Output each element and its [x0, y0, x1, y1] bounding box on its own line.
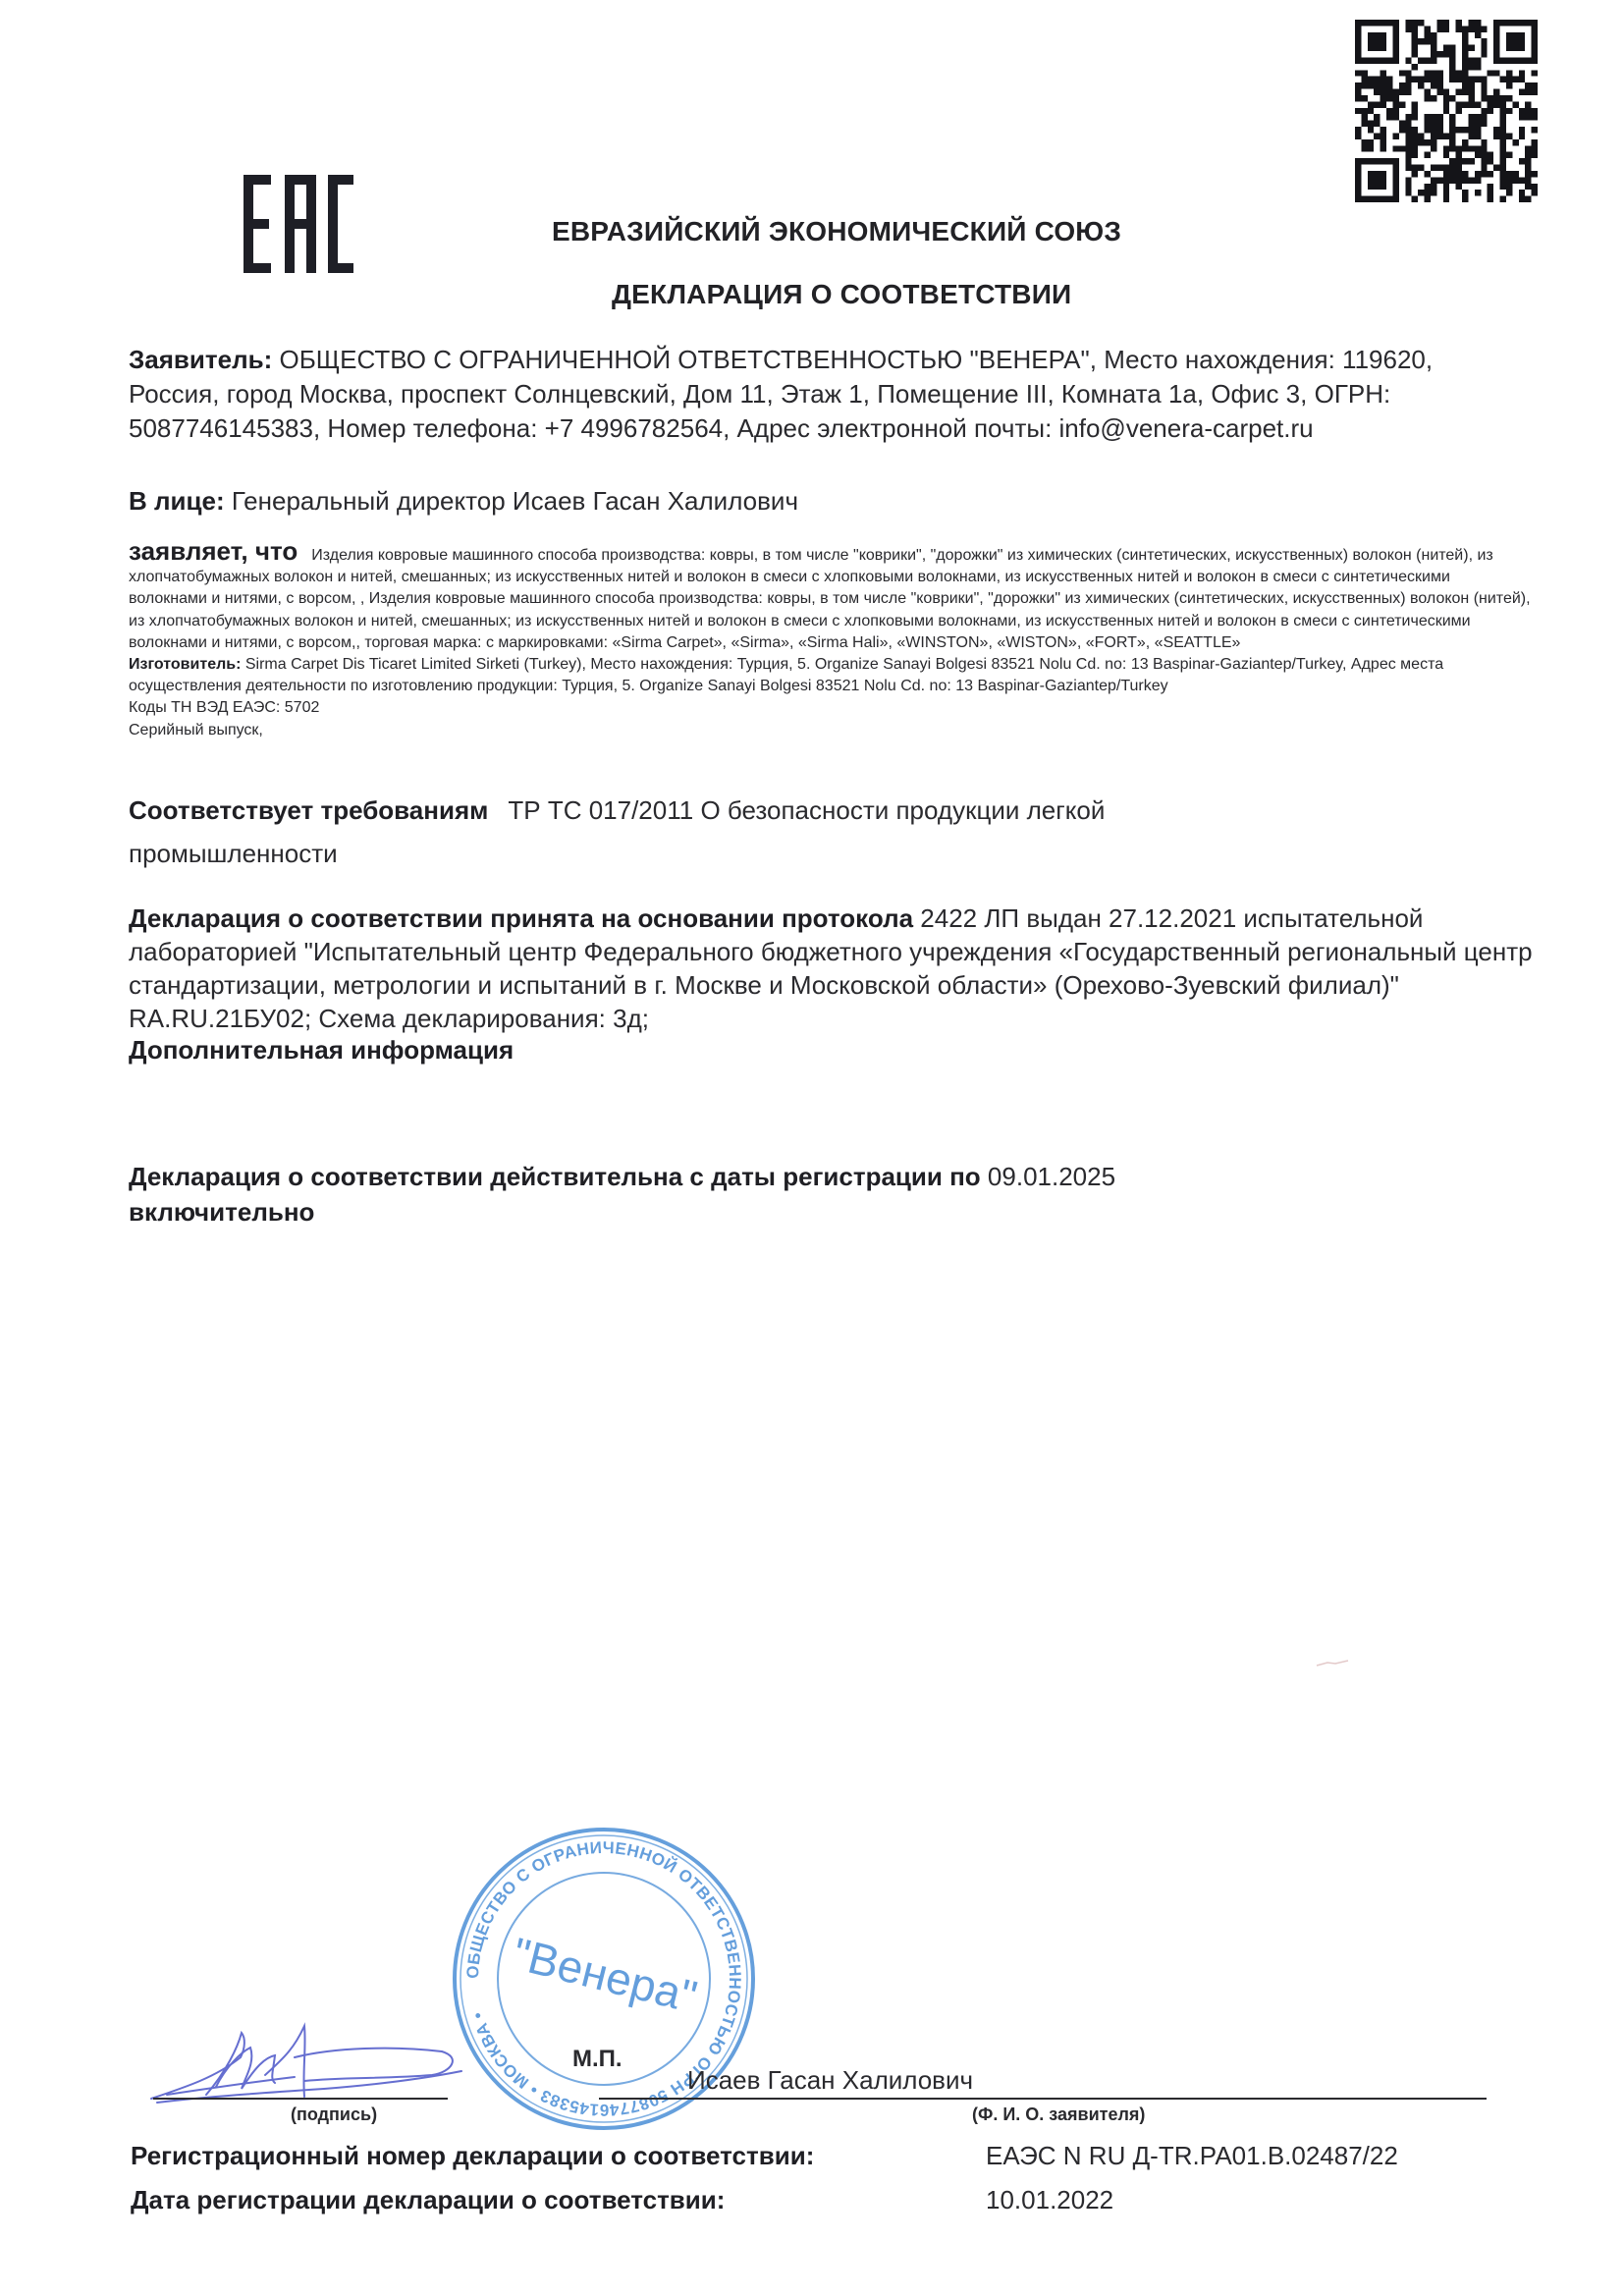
validity-section: Декларация о соответствии действительна …	[129, 1159, 1405, 1230]
hs-codes: Коды ТН ВЭД ЕАЭС: 5702	[129, 697, 1533, 719]
seal-mark-label: М.П.	[572, 2046, 623, 2073]
signature-line	[153, 2098, 448, 2100]
declaration-label: заявляет, что	[129, 536, 298, 566]
applicant-text: ОБЩЕСТВО С ОГРАНИЧЕННОЙ ОТВЕТСТВЕННОСТЬЮ…	[129, 345, 1433, 443]
union-title: ЕВРАЗИЙСКИЙ ЭКОНОМИЧЕСКИЙ СОЮЗ	[552, 216, 1121, 247]
applicant-section: Заявитель: ОБЩЕСТВО С ОГРАНИЧЕННОЙ ОТВЕТ…	[129, 343, 1503, 446]
product-description: Изделия ковровые машинного способа произ…	[129, 547, 1531, 651]
scan-artifact	[1316, 1660, 1349, 1667]
registration-date-label: Дата регистрации декларации о соответств…	[131, 2185, 725, 2214]
declaration-section: заявляет, чтоИзделия ковровые машинного …	[129, 536, 1533, 741]
release-type: Серийный выпуск,	[129, 720, 1533, 741]
additional-info-label: Дополнительная информация	[129, 1035, 514, 1066]
name-line	[599, 2098, 1487, 2100]
signer-name: Исаев Гасан Халилович	[687, 2065, 973, 2096]
signature-caption: (подпись)	[291, 2105, 377, 2125]
representative-text: Генеральный директор Исаев Гасан Халилов…	[232, 486, 798, 516]
basis-section: Декларация о соответствии принята на осн…	[129, 902, 1543, 1035]
validity-date: 09.01.2025	[988, 1162, 1115, 1191]
conformity-label: Соответствует требованиям	[129, 795, 488, 825]
registration-date-value: 10.01.2022	[986, 2185, 1113, 2215]
registration-date-row: Дата регистрации декларации о соответств…	[131, 2185, 725, 2215]
validity-suffix: включительно	[129, 1197, 314, 1227]
representative-section: В лице: Генеральный директор Исаев Гасан…	[129, 484, 1503, 519]
registration-number-value: ЕАЭС N RU Д-TR.РА01.В.02487/22	[986, 2141, 1398, 2171]
conformity-section: Соответствует требованиямТР ТС 017/2011 …	[129, 789, 1228, 875]
registration-number-label: Регистрационный номер декларации о соотв…	[131, 2141, 814, 2170]
basis-label: Декларация о соответствии принята на осн…	[129, 903, 913, 933]
applicant-label: Заявитель:	[129, 345, 272, 374]
handwritten-signature-icon	[147, 2018, 471, 2106]
eac-mark-icon	[244, 175, 353, 273]
manufacturer-label: Изготовитель:	[129, 656, 241, 673]
document-title: ДЕКЛАРАЦИЯ О СООТВЕТСТВИИ	[612, 279, 1071, 310]
registration-number-row: Регистрационный номер декларации о соотв…	[131, 2141, 814, 2171]
name-caption: (Ф. И. О. заявителя)	[972, 2105, 1145, 2125]
representative-label: В лице:	[129, 486, 225, 516]
manufacturer-text: Sirma Carpet Dis Ticaret Limited Sirketi…	[129, 656, 1443, 694]
qr-code-icon[interactable]	[1355, 18, 1538, 204]
svg-text:"Венера": "Венера"	[508, 1928, 702, 2023]
validity-label: Декларация о соответствии действительна …	[129, 1162, 981, 1191]
